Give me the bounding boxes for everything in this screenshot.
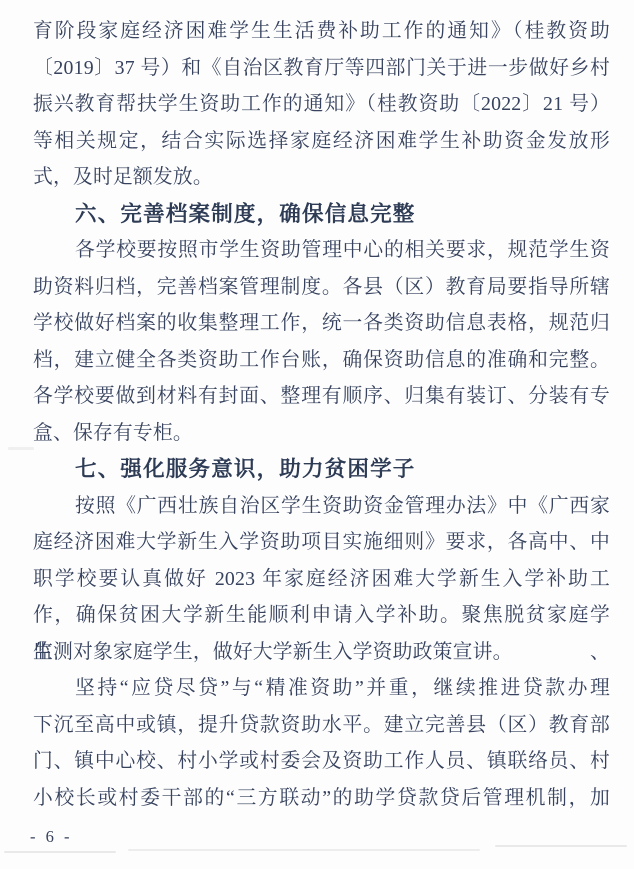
section-heading-six: 六、完善档案制度，确保信息完整 — [33, 196, 610, 233]
text-line: 式，及时足额发放。 — [33, 159, 610, 196]
text-line: 庭经济困难大学新生入学资助项目实施细则》要求，各高中、中 — [33, 524, 610, 561]
text-line: 助资料归档，完善档案管理制度。各县（区）教育局要指导所辖 — [33, 269, 610, 306]
text-line: 各学校要按照市学生资助管理中心的相关要求，规范学生资 — [33, 232, 610, 269]
text-line: 育阶段家庭经济困难学生生活费补助工作的通知》（桂教资助 — [33, 13, 610, 50]
text-line: 职学校要认真做好 2023 年家庭经济困难大学新生入学补助工 — [33, 561, 610, 598]
scan-artifact — [495, 845, 627, 847]
scan-artifact — [128, 849, 480, 851]
page-number: - 6 - — [30, 827, 73, 847]
text-line: 小校长或村委干部的“三方联动”的助学贷款贷后管理机制，加 — [33, 780, 610, 817]
scan-artifact — [8, 447, 34, 450]
section-heading-seven: 七、强化服务意识，助力贫困学子 — [33, 451, 610, 488]
text-line: 坚持“应贷尽贷”与“精准资助”并重，继续推进贷款办理 — [33, 670, 610, 707]
text-line: 等相关规定，结合实际选择家庭经济困难学生补助资金发放形 — [33, 123, 610, 160]
text-line: 振兴教育帮扶学生资助工作的通知》（桂教资助〔2022〕21 号） — [33, 86, 610, 123]
text-line: 作，确保贫困大学新生能顺利申请入学补助。聚焦脱贫家庭学生、 — [33, 597, 610, 634]
text-line: 各学校要做到材料有封面、整理有顺序、归集有装订、分装有专 — [33, 378, 610, 415]
text-line: 学校做好档案的收集整理工作，统一各类资助信息表格，规范归 — [33, 305, 610, 342]
scan-artifact — [4, 851, 116, 853]
text-line: 〔2019〕37 号）和《自治区教育厅等四部门关于进一步做好乡村 — [33, 50, 610, 87]
text-line: 档，建立健全各类资助工作台账，确保资助信息的准确和完整。 — [33, 342, 610, 379]
text-line: 门、镇中心校、村小学或村委会及资助工作人员、镇联络员、村 — [33, 743, 610, 780]
text-line: 下沉至高中或镇，提升贷款资助水平。建立完善县（区）教育部 — [33, 707, 610, 744]
text-line: 盒、保存有专柜。 — [33, 415, 610, 452]
document-page: 育阶段家庭经济困难学生生活费补助工作的通知》（桂教资助 〔2019〕37 号）和… — [0, 0, 634, 869]
document-body: 育阶段家庭经济困难学生生活费补助工作的通知》（桂教资助 〔2019〕37 号）和… — [0, 0, 634, 816]
text-line: 按照《广西壮族自治区学生资助资金管理办法》中《广西家 — [33, 488, 610, 525]
